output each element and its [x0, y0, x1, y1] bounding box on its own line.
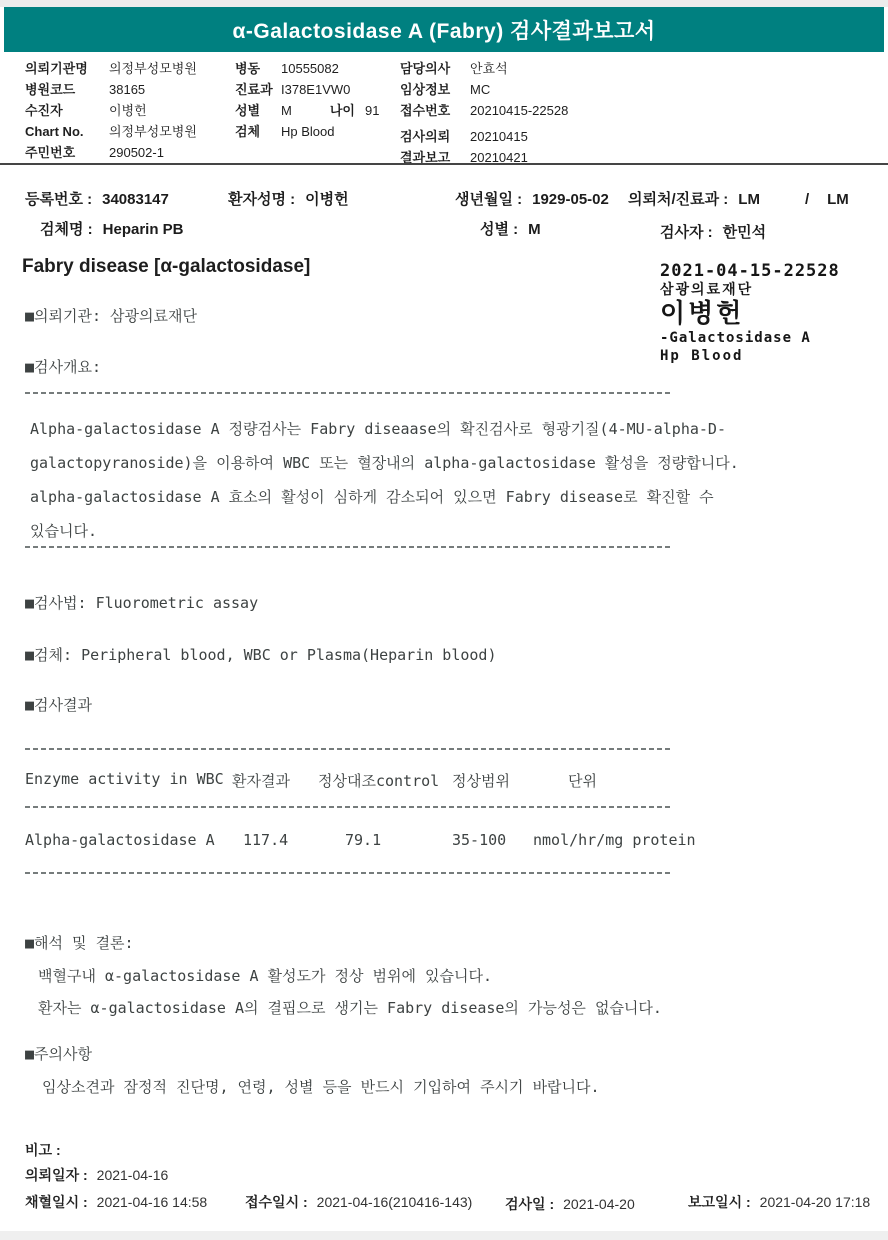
receipt-datetime-value: 2021-04-16(210416-143) [317, 1194, 473, 1210]
dashed-divider [25, 546, 673, 548]
age-label: 나이 [330, 100, 355, 121]
info-value: M [281, 100, 292, 121]
info-label: 담당의사 [400, 58, 470, 79]
info-column-right: 담당의사안효석 임상정보MC 접수번호20210415-22528 검사의뢰20… [400, 58, 568, 168]
info-row: 접수번호20210415-22528 [400, 100, 568, 121]
examiner-label: 검사자 : [660, 224, 713, 241]
info-row: 의뢰기관명의정부성모병원 [25, 58, 197, 79]
info-value: 이병헌 [109, 100, 147, 121]
report-datetime-field: 보고일시 :2021-04-20 17:18 [688, 1192, 870, 1212]
examiner-value: 한민석 [723, 224, 766, 241]
column-header: 단위 [568, 770, 597, 791]
column-header: 정상대조control [318, 770, 439, 791]
info-row: 검체Hp Blood [235, 121, 379, 142]
info-value: 38165 [109, 79, 145, 100]
info-label: 주민번호 [25, 142, 109, 163]
stamp-specimen-type: Hp Blood [660, 347, 840, 365]
report-datetime-label: 보고일시 : [688, 1194, 751, 1210]
note-field: 비고 : [25, 1140, 61, 1160]
stamp-test-name: -Galactosidase A [660, 329, 840, 347]
page-title: α-Galactosidase A (Fabry) 검사결과보고서 [232, 15, 655, 45]
collection-datetime-field: 채혈일시 :2021-04-16 14:58 [25, 1192, 207, 1212]
info-row: 수진자이병헌 [25, 100, 197, 121]
note-label: 비고 : [25, 1142, 61, 1158]
request-date-label: 의뢰일자 : [25, 1167, 88, 1183]
registration-number: 등록번호 :34083147 [25, 188, 169, 209]
stamp-accession-number: 2021-04-15-22528 [660, 262, 840, 281]
collection-datetime-label: 채혈일시 : [25, 1194, 88, 1210]
age-value: 91 [365, 100, 379, 121]
request-date-value: 2021-04-16 [97, 1167, 169, 1183]
info-label: 성별 [235, 100, 281, 121]
info-label: 병원코드 [25, 79, 109, 100]
patient-result-cell: 117.4 [243, 831, 288, 849]
report-datetime-value: 2021-04-20 17:18 [760, 1194, 871, 1210]
patient-sex: 성별 :M [480, 218, 541, 239]
info-value: 안효석 [470, 58, 508, 79]
info-row: 진료과I378E1VW0 [235, 79, 379, 100]
info-label: 의뢰기관명 [25, 58, 109, 79]
receipt-datetime-label: 접수일시 : [245, 1194, 308, 1210]
info-label: 수진자 [25, 100, 109, 121]
specimen-name: 검체명 :Heparin PB [40, 218, 184, 239]
patient-sex-label: 성별 : [480, 221, 518, 238]
examiner: 검사자 :한민석 [660, 221, 766, 242]
top-strip [0, 0, 888, 7]
info-value: 290502-1 [109, 142, 164, 163]
referring-department: 의뢰처/진료과 :LM/LM [628, 188, 849, 209]
info-label: 임상정보 [400, 79, 470, 100]
specimen-line: ■검체: Peripheral blood, WBC or Plasma(Hep… [25, 644, 497, 665]
info-label: Chart No. [25, 121, 109, 142]
department-separator: / [805, 191, 809, 208]
registration-number-label: 등록번호 : [25, 191, 92, 208]
info-value: 20210415-22528 [470, 100, 568, 121]
info-label: 검사의뢰 [400, 126, 470, 147]
stamp-patient-name: 이병헌 [660, 299, 840, 329]
specimen-stamp: 2021-04-15-22528 삼광의료재단 이병헌 -Galactosida… [660, 262, 840, 365]
method-line: ■검사법: Fluorometric assay [25, 592, 258, 613]
info-label: 진료과 [235, 79, 281, 100]
test-title: Fabry disease [α-galactosidase] [22, 256, 310, 278]
interpretation-line: 백혈구내 α-galactosidase A 활성도가 정상 범위에 있습니다. [38, 965, 492, 986]
patient-name: 환자성명 :이병헌 [228, 188, 349, 209]
registration-number-value: 34083147 [102, 191, 169, 208]
info-row: 성별M나이91 [235, 100, 379, 121]
info-row: 병원코드38165 [25, 79, 197, 100]
test-date-label: 검사일 : [505, 1196, 554, 1212]
result-table-header: Enzyme activity in WBC 환자결과 정상대조control … [0, 770, 888, 790]
treating-department-value: LM [827, 191, 849, 208]
bottom-strip [0, 1231, 888, 1240]
caution-line: 임상소견과 잠정적 진단명, 연령, 성별 등을 반드시 기입하여 주시기 바랍… [42, 1076, 600, 1097]
result-table-row: Alpha-galactosidase A 117.4 79.1 35-100 … [0, 831, 888, 851]
patient-name-label: 환자성명 : [228, 191, 295, 208]
column-header: 정상범위 [452, 770, 510, 791]
test-date-value: 2021-04-20 [563, 1196, 635, 1212]
dashed-divider [25, 392, 673, 394]
lab-report-page: α-Galactosidase A (Fabry) 검사결과보고서 의뢰기관명의… [0, 0, 888, 1240]
info-value: 20210415 [470, 126, 528, 147]
overview-line: 있습니다. [30, 520, 97, 541]
birth-date-value: 1929-05-02 [532, 191, 609, 208]
dashed-divider [25, 872, 673, 874]
info-row: Chart No.의정부성모병원 [25, 121, 197, 142]
stamp-lab-name: 삼광의료재단 [660, 281, 840, 299]
report-header-banner: α-Galactosidase A (Fabry) 검사결과보고서 [4, 7, 884, 52]
test-name-cell: Alpha-galactosidase A [25, 831, 215, 849]
interpretation-heading: ■해석 및 결론: [25, 932, 134, 953]
reference-range-cell: 35-100 [452, 831, 506, 849]
overview-heading: ■검사개요: [25, 356, 101, 377]
info-value: 의정부성모병원 [109, 121, 197, 142]
birth-date-label: 생년월일 : [455, 191, 522, 208]
info-value: I378E1VW0 [281, 79, 350, 100]
overview-line: galactopyranoside)을 이용하여 WBC 또는 혈장내의 alp… [30, 452, 739, 473]
info-label: 접수번호 [400, 100, 470, 121]
birth-date: 생년월일 :1929-05-02 [455, 188, 609, 209]
referring-department-value: LM [738, 191, 760, 208]
dashed-divider [25, 806, 673, 808]
test-date-field: 검사일 :2021-04-20 [505, 1194, 635, 1214]
info-row: 담당의사안효석 [400, 58, 568, 79]
control-result-cell: 79.1 [345, 831, 381, 849]
info-value: Hp Blood [281, 121, 334, 142]
overview-line: Alpha-galactosidase A 정량검사는 Fabry diseaa… [30, 418, 726, 439]
info-row: 주민번호290502-1 [25, 142, 197, 163]
info-label: 검체 [235, 121, 281, 142]
dashed-divider [25, 748, 673, 750]
specimen-name-label: 검체명 : [40, 221, 93, 238]
patient-sex-value: M [528, 221, 541, 238]
info-column-left: 의뢰기관명의정부성모병원 병원코드38165 수진자이병헌 Chart No.의… [25, 58, 197, 163]
caution-heading: ■주의사항 [25, 1043, 92, 1064]
result-heading: ■검사결과 [25, 694, 92, 715]
column-header: Enzyme activity in WBC [25, 770, 224, 788]
request-date-field: 의뢰일자 :2021-04-16 [25, 1165, 168, 1185]
receipt-datetime-field: 접수일시 :2021-04-16(210416-143) [245, 1192, 472, 1212]
info-value: 의정부성모병원 [109, 58, 197, 79]
overview-line: alpha-galactosidase A 효소의 활성이 심하게 감소되어 있… [30, 486, 714, 507]
referrer-line: ■의뢰기관: 삼광의료재단 [25, 305, 197, 326]
patient-name-value: 이병헌 [305, 191, 348, 208]
info-row: 검사의뢰20210415 [400, 126, 568, 147]
referring-department-label: 의뢰처/진료과 : [628, 191, 728, 208]
column-header: 환자결과 [232, 770, 290, 791]
horizontal-rule [0, 163, 888, 165]
unit-cell: nmol/hr/mg protein [533, 831, 696, 849]
specimen-name-value: Heparin PB [103, 221, 184, 238]
collection-datetime-value: 2021-04-16 14:58 [97, 1194, 208, 1210]
interpretation-line: 환자는 α-galactosidase A의 결핍으로 생기는 Fabry di… [38, 997, 662, 1018]
info-row: 임상정보MC [400, 79, 568, 100]
info-value: MC [470, 79, 490, 100]
info-row: 병동10555082 [235, 58, 379, 79]
info-value: 10555082 [281, 58, 339, 79]
info-column-middle: 병동10555082 진료과I378E1VW0 성별M나이91 검체Hp Blo… [235, 58, 379, 142]
info-label: 병동 [235, 58, 281, 79]
